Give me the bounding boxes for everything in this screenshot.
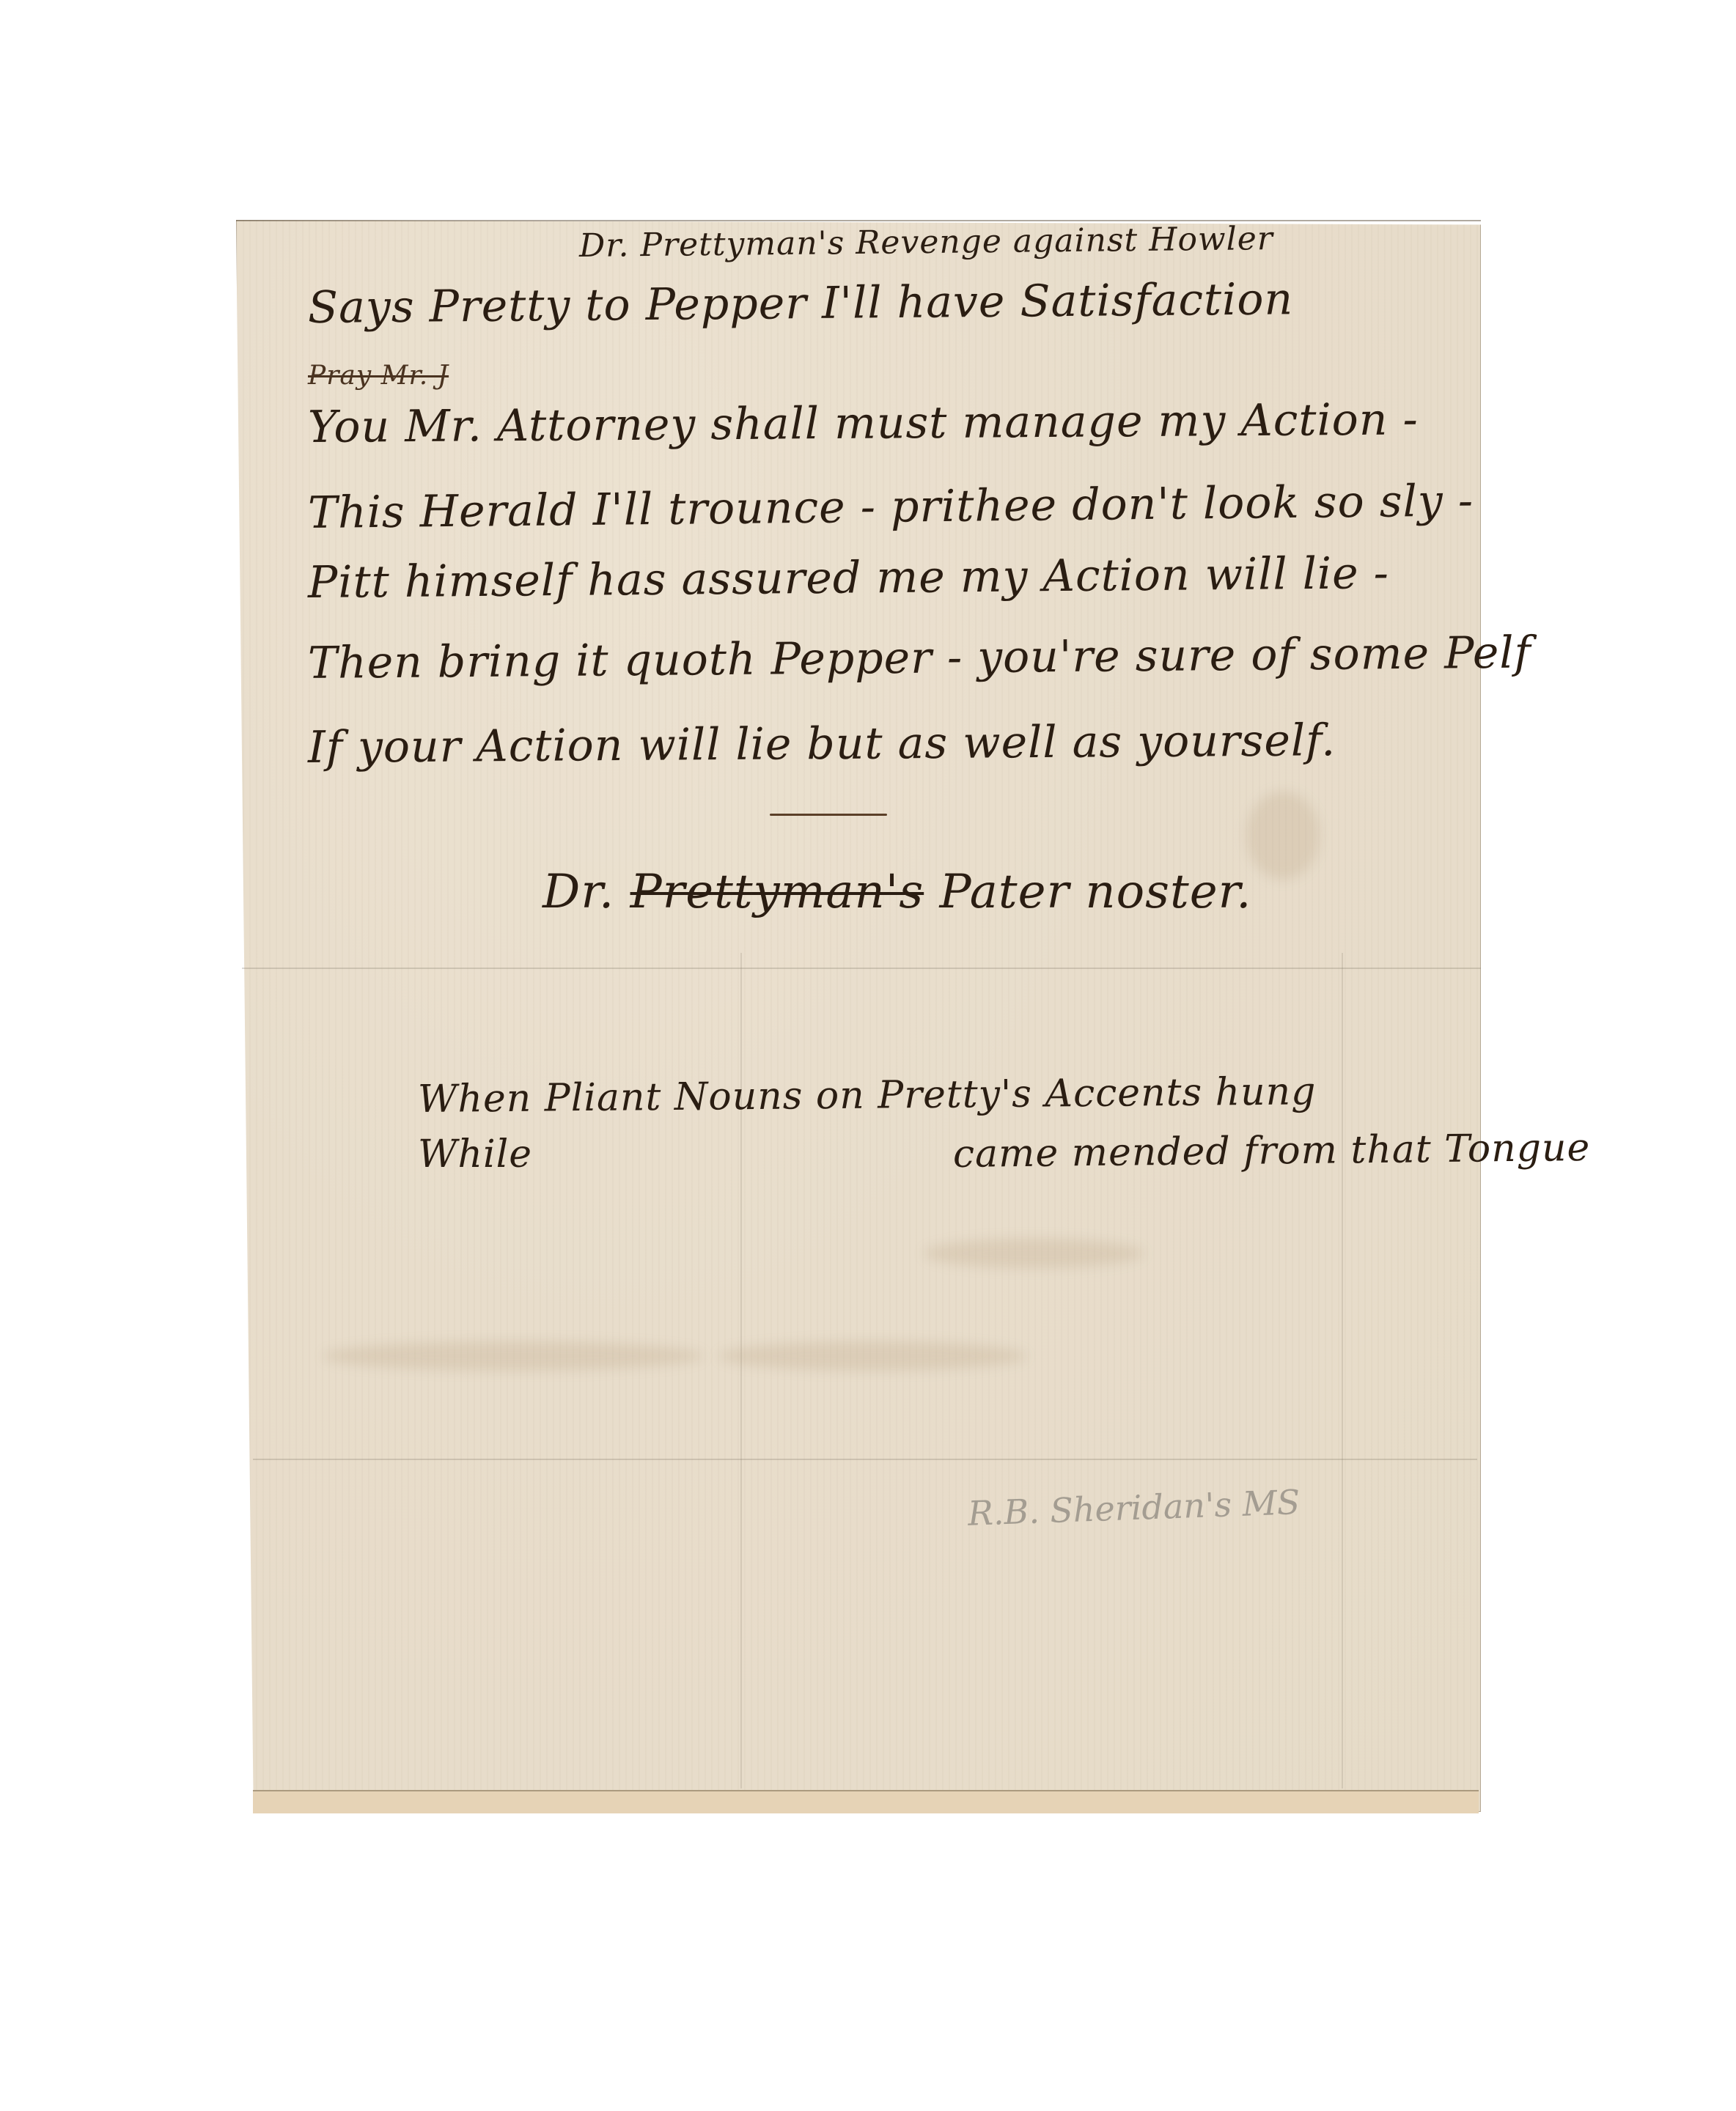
manuscript-paper: [236, 220, 1481, 1812]
heading-suffix: Pater noster.: [940, 865, 1252, 919]
verse-line: Pitt himself has assured me my Action wi…: [308, 548, 1389, 608]
verse-line: You Mr. Attorney shall must manage my Ac…: [308, 394, 1419, 453]
fold-line: [242, 968, 1481, 969]
second-heading: Dr. Prettyman's Pater noster.: [542, 865, 1252, 919]
ink-bleed-stain: [924, 1239, 1144, 1268]
fold-line: [253, 1459, 1477, 1460]
verse-line: If your Action will lie but as well as y…: [308, 715, 1336, 773]
verse-line-end: came mended from that Tongue: [953, 1126, 1591, 1176]
heading-prefix: Dr.: [542, 865, 614, 919]
verse-line: When Pliant Nouns on Pretty's Accents hu…: [418, 1069, 1317, 1121]
verse-line: Says Pretty to Pepper I'll have Satisfac…: [308, 273, 1294, 334]
section-divider: [770, 814, 887, 816]
struck-name: Prettyman's: [630, 865, 924, 919]
fold-line: [1342, 953, 1343, 1788]
verse-line-start: While: [418, 1132, 532, 1176]
ink-bleed-stain: [718, 1341, 1026, 1371]
manuscript-heading: Dr. Prettyman's Revenge against Howler: [579, 220, 1273, 265]
verse-line: Then bring it quoth Pepper - you're sure…: [308, 627, 1531, 689]
paper-bottom-strip: [253, 1790, 1479, 1813]
ink-bleed-stain: [323, 1341, 704, 1371]
water-stain: [1246, 792, 1320, 880]
deleted-text: Pray Mr. J: [308, 361, 449, 391]
